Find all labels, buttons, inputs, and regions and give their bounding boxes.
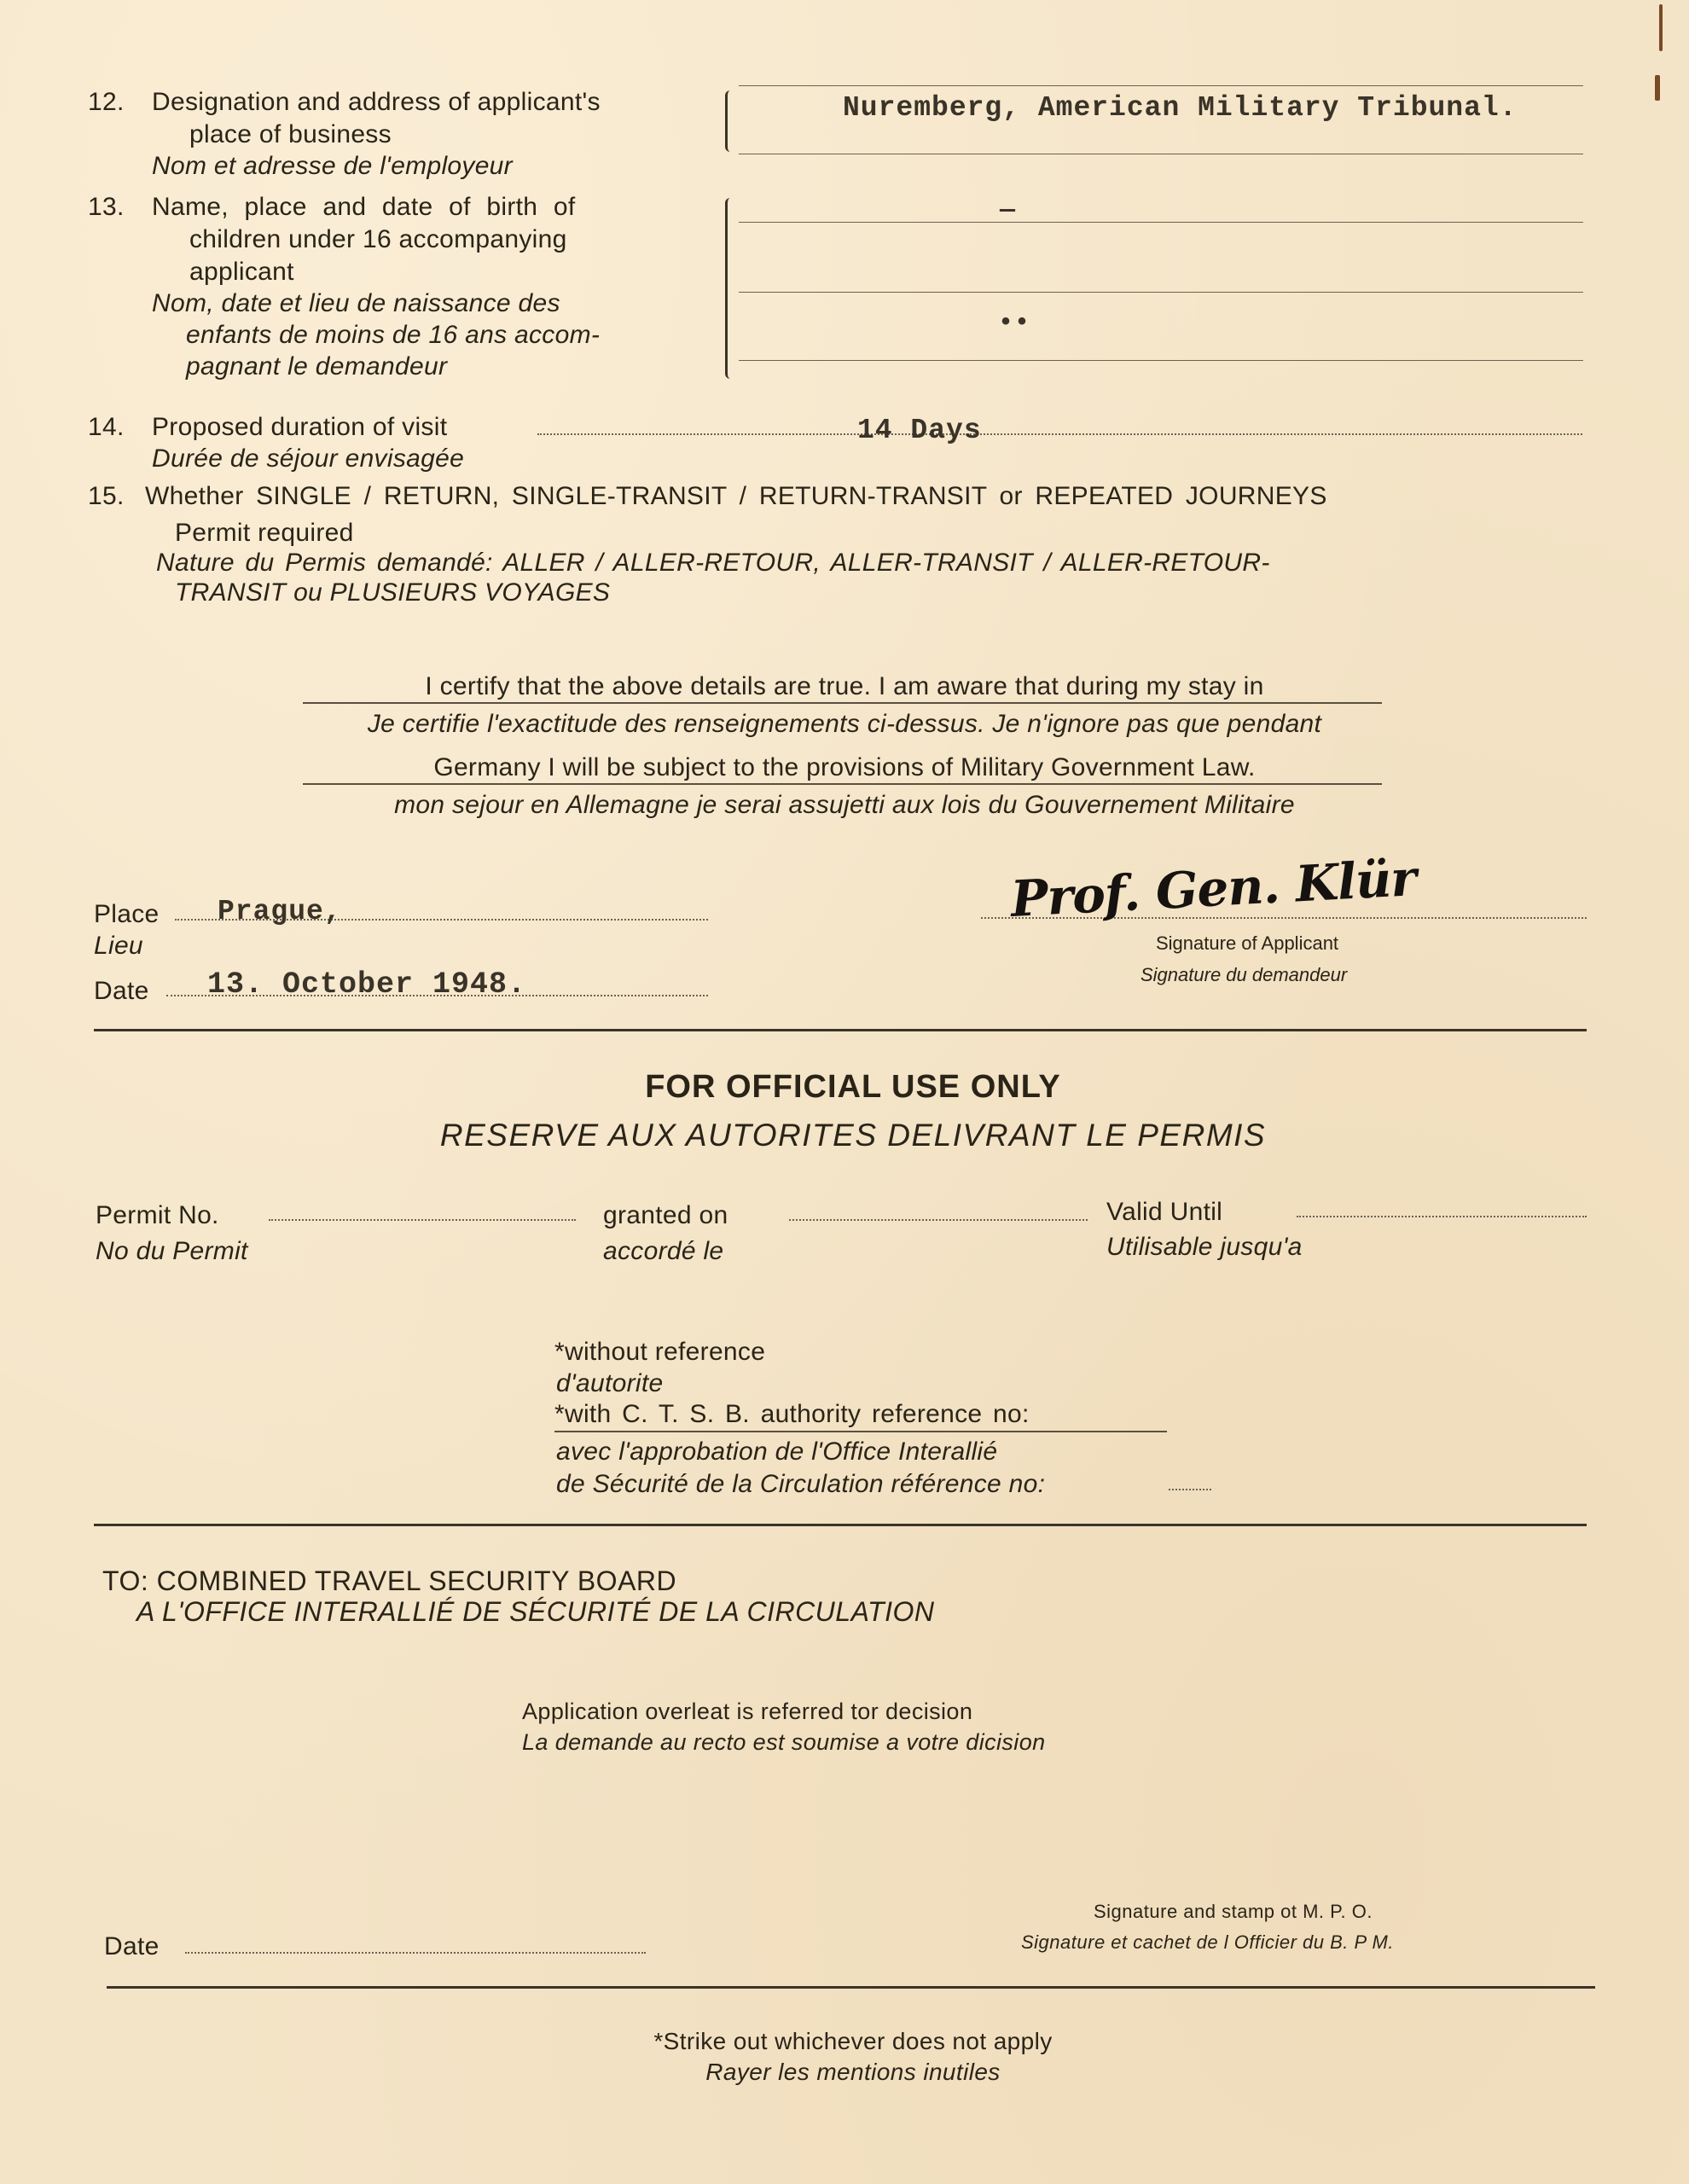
mpo-signature-label-fr: Signature et cachet de l Officier du B. …: [1021, 1931, 1394, 1954]
label-fr: Durée de séjour envisagée: [152, 443, 464, 474]
with-ctsb-fr-2: de Sécurité de la Circulation référence …: [556, 1468, 1045, 1500]
place-label-fr: Lieu: [94, 930, 143, 961]
item-number: 14.: [88, 411, 125, 443]
granted-on-label: granted on: [603, 1199, 728, 1231]
employer-field[interactable]: Nuremberg, American Military Tribunal.: [843, 92, 1518, 124]
label-fr: pagnant le demandeur: [186, 351, 447, 382]
to-board-fr: A L'OFFICE INTERALLIÉ DE SÉCURITÉ DE LA …: [136, 1596, 934, 1628]
valid-until-label: Valid Until: [1106, 1196, 1222, 1228]
field-line: [537, 433, 1582, 435]
label-fr: Nature du Permis demandé: ALLER / ALLER-…: [156, 547, 1270, 578]
certification-en: Germany I will be subject to the provisi…: [222, 752, 1467, 783]
referral-note-en: Application overleat is referred tor dec…: [522, 1699, 972, 1725]
field-line: [739, 222, 1583, 223]
with-ctsb-fr-1: avec l'approbation de l'Office Interalli…: [556, 1436, 997, 1467]
date-label: Date: [94, 975, 149, 1007]
label-en: Permit required: [175, 517, 354, 549]
divider: [303, 702, 1382, 704]
field-line: [739, 292, 1583, 293]
item-number: 12.: [88, 86, 125, 118]
with-ctsb-option[interactable]: *with C. T. S. B. authority reference no…: [554, 1398, 1030, 1430]
date-field[interactable]: 13. October 1948.: [207, 967, 526, 1002]
to-board-en: TO: COMBINED TRAVEL SECURITY BOARD: [102, 1565, 676, 1597]
permit-no-field[interactable]: [269, 1219, 576, 1221]
granted-on-field[interactable]: [789, 1219, 1088, 1221]
label-fr: TRANSIT ou PLUSIEURS VOYAGES: [175, 577, 610, 608]
referral-date-field[interactable]: [185, 1952, 646, 1954]
bracket: [725, 198, 736, 379]
divider: [554, 1431, 1167, 1432]
label-en: children under 16 accompanying: [189, 224, 567, 255]
official-title: FOR OFFICIAL USE ONLY: [341, 1069, 1365, 1106]
label-fr: Nom et adresse de l'employeur: [152, 150, 513, 182]
without-reference-fr: d'autorite: [556, 1368, 663, 1399]
referral-note-fr: La demande au recto est soumise a votre …: [522, 1729, 1046, 1756]
label-en: Designation and address of applicant's: [152, 86, 601, 118]
permit-no-label: Permit No.: [96, 1199, 219, 1231]
footnote-fr: Rayer les mentions inutiles: [512, 2059, 1194, 2086]
edge-stain: [1659, 4, 1663, 51]
label-en: Proposed duration of visit: [152, 411, 447, 443]
place-field[interactable]: Prague,: [218, 896, 342, 927]
label-en: applicant: [189, 256, 294, 288]
field-line: [739, 154, 1583, 154]
section-divider: [94, 1029, 1587, 1031]
item-number: 13.: [88, 191, 125, 223]
referral-date-label: Date: [104, 1931, 160, 1962]
certification-fr: mon sejour en Allemagne je serai assujet…: [222, 789, 1467, 821]
label-en: Whether SINGLE / RETURN, SINGLE-TRANSIT …: [145, 480, 1327, 512]
label-fr: Nom, date et lieu de naissance des: [152, 288, 560, 319]
ctsb-ref-field[interactable]: [1169, 1489, 1211, 1490]
valid-until-field[interactable]: [1297, 1216, 1587, 1217]
bracket: [725, 90, 736, 152]
children-field-2[interactable]: ••: [998, 309, 1030, 338]
certification-fr: Je certifie l'exactitude des renseigneme…: [222, 708, 1467, 740]
field-line: [739, 360, 1583, 361]
section-divider: [107, 1986, 1595, 1989]
certification-en: I certify that the above details are tru…: [222, 671, 1467, 702]
without-reference-option[interactable]: *without reference: [554, 1336, 765, 1368]
edge-stain: [1655, 75, 1660, 101]
label-en: Name, place and date of birth of: [152, 191, 576, 223]
field-line: [739, 85, 1583, 86]
mpo-signature-label-en: Signature and stamp ot M. P. O.: [1094, 1901, 1373, 1923]
official-subtitle: RESERVE AUX AUTORITES DELIVRANT LE PERMI…: [341, 1118, 1365, 1153]
granted-on-label-fr: accordé le: [603, 1235, 723, 1267]
valid-until-label-fr: Utilisable jusqu'a: [1106, 1231, 1303, 1263]
place-label: Place: [94, 898, 160, 930]
label-fr: enfants de moins de 16 ans accom-: [186, 319, 600, 351]
footnote-en: *Strike out whichever does not apply: [512, 2028, 1194, 2055]
label-en: place of business: [189, 119, 392, 150]
duration-field[interactable]: 14 Days: [857, 415, 982, 446]
divider: [303, 783, 1382, 785]
signature-label-en: Signature of Applicant: [1156, 932, 1338, 955]
section-divider: [94, 1524, 1587, 1526]
item-number: 15.: [88, 480, 125, 512]
permit-no-label-fr: No du Permit: [96, 1235, 248, 1267]
signature-label-fr: Signature du demandeur: [1141, 964, 1347, 986]
children-field-1[interactable]: —: [1000, 196, 1016, 225]
